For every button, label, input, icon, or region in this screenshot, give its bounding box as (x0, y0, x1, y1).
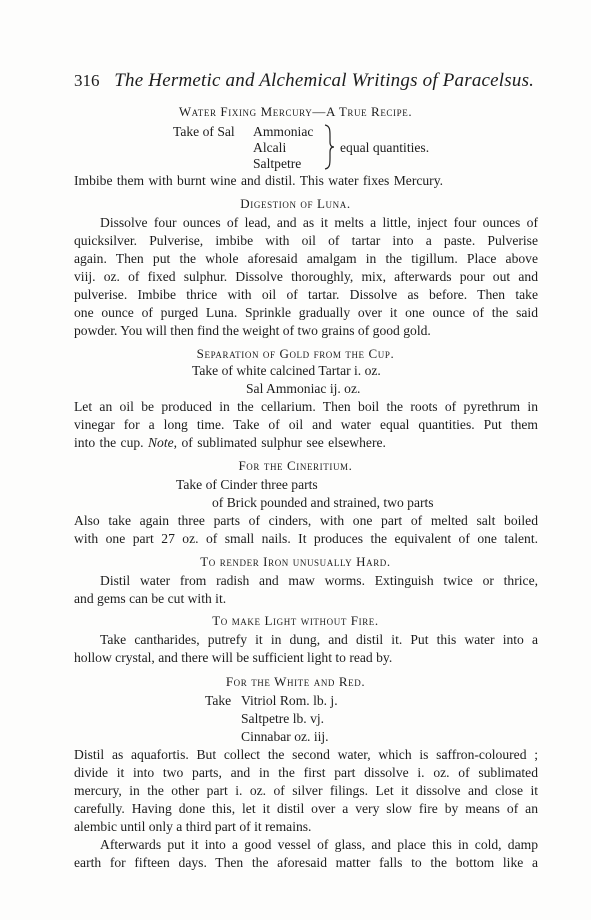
paragraph-line: pulverise. Imbibe thrice with oil of tar… (74, 286, 538, 304)
paragraph-line: Distil water from radish and maw worms. … (100, 572, 538, 590)
section-heading: Separation of Gold from the Cup. (0, 346, 591, 362)
paragraph-line: Let an oil be produced in the cellarium.… (74, 398, 538, 416)
recipe-line: Take of Cinder three parts (176, 476, 318, 494)
paragraph-line: with one part 27 oz. of small nails. It … (74, 530, 538, 548)
recipe-ingredient: Saltpetre (253, 155, 301, 173)
page-number: 316 (74, 71, 100, 90)
recipe-ingredient: Vitriol Rom. lb. j. (241, 692, 338, 710)
paragraph-line: Afterwards put it into a good vessel of … (100, 836, 538, 854)
paragraph-line: alembic until only a third part of it re… (74, 818, 311, 836)
paragraph-line: mercury, in the other part i. oz. of sil… (74, 782, 538, 800)
section-heading: Digestion of Luna. (0, 196, 591, 212)
running-header: 316 The Hermetic and Alchemical Writings… (74, 70, 534, 92)
recipe-note: equal quantities. (340, 139, 429, 157)
text-run: into the cup. (74, 435, 148, 450)
recipe-line: Take of white calcined Tartar i. oz. (192, 362, 381, 380)
paragraph-line: Imbibe them with burnt wine and distil. … (74, 172, 443, 190)
paragraph-line: again. Then put the whole aforesaid amal… (74, 250, 538, 268)
section-heading: Water Fixing Mercury—A True Recipe. (0, 104, 591, 120)
paragraph-line: one ounce of purged Luna. Sprinkle gradu… (74, 304, 538, 322)
recipe-line: Take of Sal (173, 123, 235, 141)
recipe-line: of Brick pounded and strained, two parts (212, 494, 434, 512)
paragraph-line: into the cup. Note, of sublimated sulphu… (74, 434, 386, 452)
paragraph-line: powder. You will then find the weight of… (74, 322, 538, 340)
paragraph-line: vinegar for a long time. Take of oil and… (74, 416, 538, 434)
section-heading: To render Iron unusually Hard. (0, 554, 591, 570)
paragraph-line: divide it into two parts, and in the fir… (74, 764, 538, 782)
section-heading: To make Light without Fire. (0, 613, 591, 629)
section-heading: For the White and Red. (0, 674, 591, 690)
paragraph-line: Distil as aquafortis. But collect the se… (74, 746, 538, 764)
paragraph-line: Also take again three parts of cinders, … (74, 512, 538, 530)
paragraph-line: Take cantharides, putrefy it in dung, an… (100, 631, 538, 649)
paragraph-line: carefully. Having done this, let it dist… (74, 800, 538, 818)
book-page: 316 The Hermetic and Alchemical Writings… (0, 0, 591, 920)
recipe-ingredient: Cinnabar oz. iij. (241, 728, 329, 746)
curly-brace-icon (322, 124, 336, 170)
recipe-ingredient: Saltpetre lb. vj. (241, 710, 324, 728)
paragraph-line: earth for fifteen days. Then the aforesa… (74, 854, 538, 872)
book-title: The Hermetic and Alchemical Writings of … (114, 70, 534, 91)
recipe-line: Take (205, 692, 231, 710)
text-run: , of sublimated sulphur see elsewhere. (174, 435, 386, 450)
italic-note: Note (148, 435, 174, 450)
paragraph-line: quicksilver. Pulverise, imbibe with oil … (74, 232, 538, 250)
paragraph-line: Dissolve four ounces of lead, and as it … (100, 214, 538, 232)
paragraph-line: and gems can be cut with it. (74, 590, 226, 608)
paragraph-line: hollow crystal, and there will be suffic… (74, 649, 392, 667)
section-heading: For the Cineritium. (0, 458, 591, 474)
recipe-line: Sal Ammoniac ij. oz. (246, 380, 360, 398)
paragraph-line: viij. oz. of fixed sulphur. Dissolve tho… (74, 268, 538, 286)
